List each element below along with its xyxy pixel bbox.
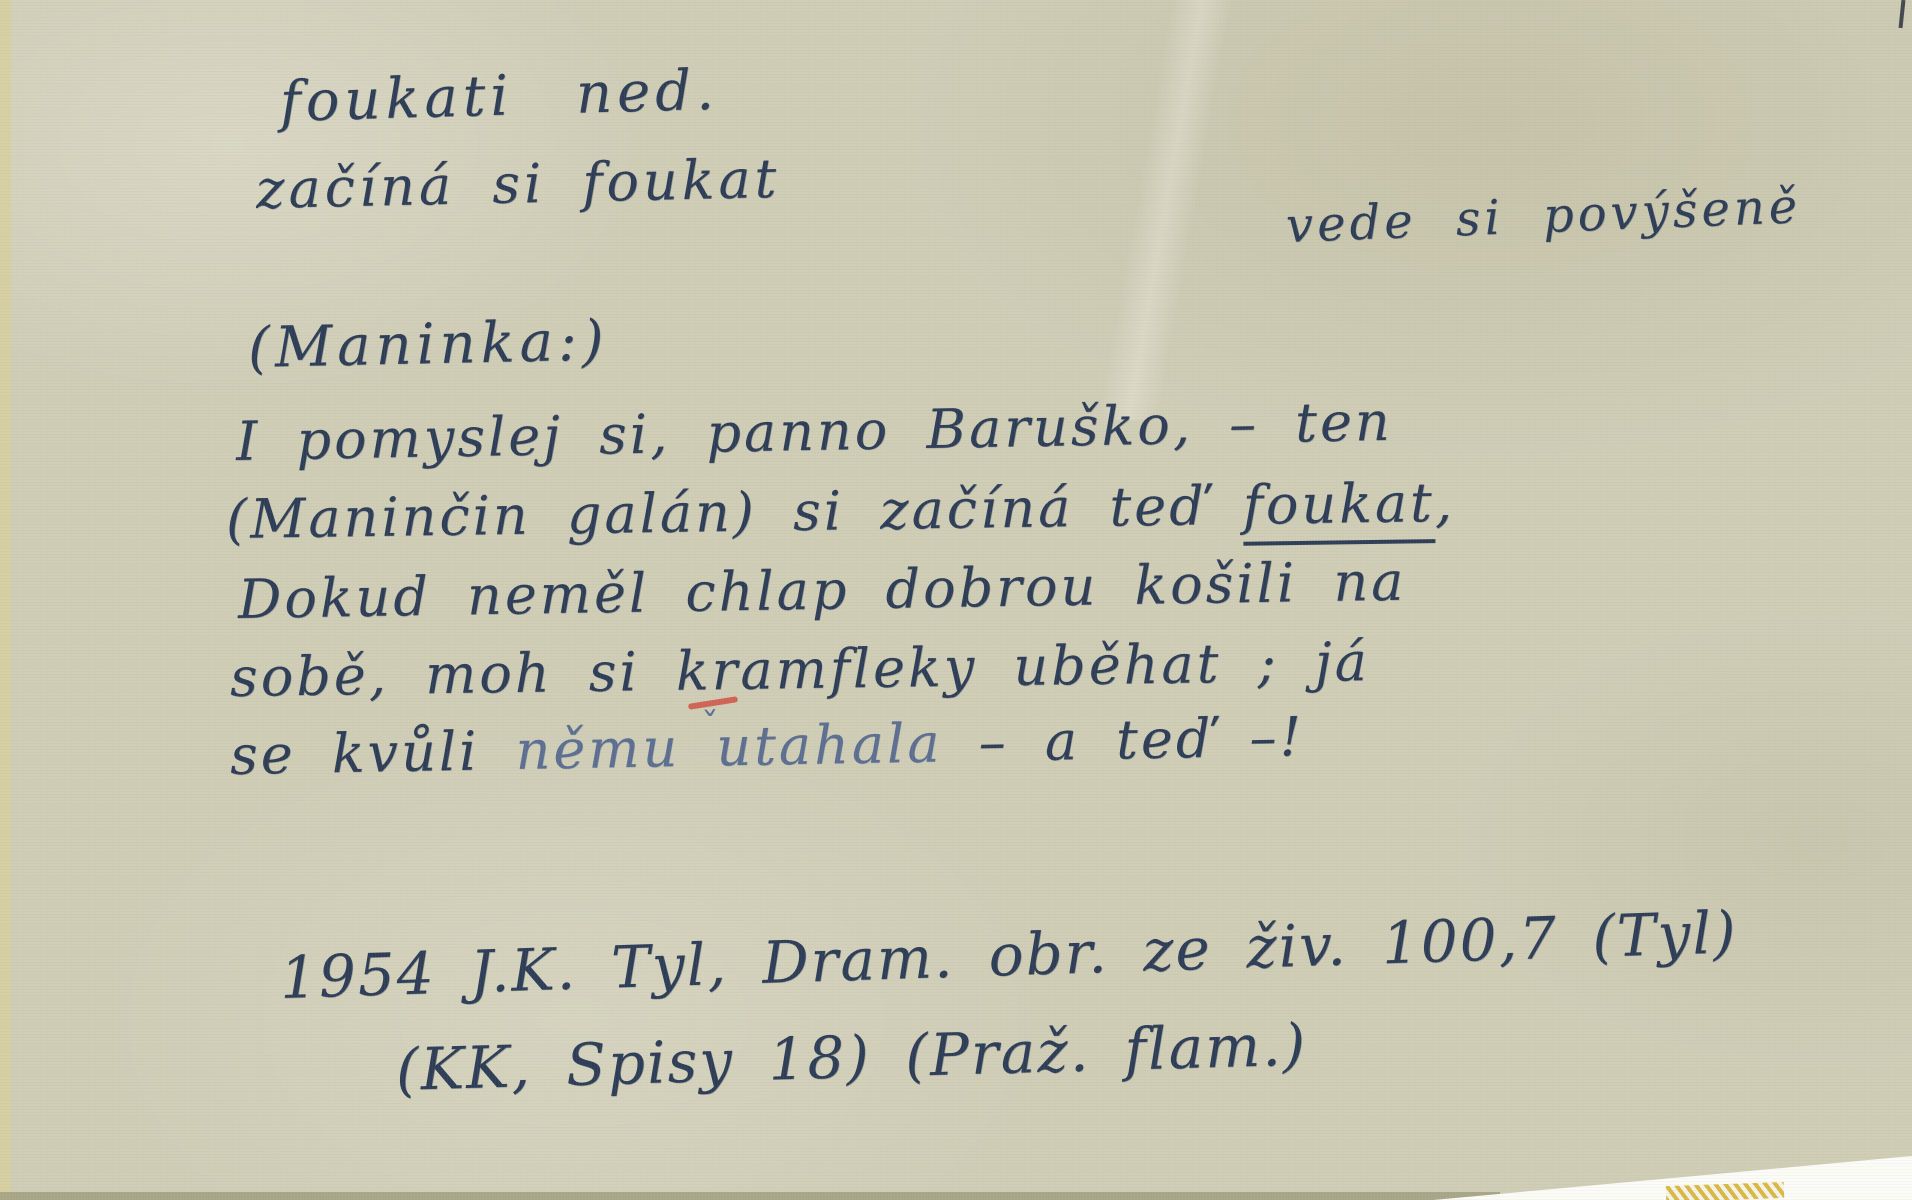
gloss: začíná si foukat bbox=[255, 147, 781, 221]
backing-paper-corner bbox=[1380, 1120, 1912, 1200]
underlined-word: foukat bbox=[1242, 471, 1435, 546]
hatched-strip bbox=[1666, 1182, 1784, 1200]
archive-card: foukati ned. začíná si foukat vede si po… bbox=[0, 0, 1912, 1200]
quote-line-5: se kvůli němu utahala – a teď –! bbox=[229, 705, 1304, 787]
citation-line-2: (KK, Spisy 18) (Praž. flam.) bbox=[395, 1011, 1308, 1104]
quote-line-4: sobě, moh si kramfleky uběhat ; já bbox=[230, 630, 1371, 709]
caron-correction-mark: ˇ bbox=[701, 705, 722, 747]
quote-line-5-faint: němu utahala bbox=[515, 712, 943, 782]
quote-line-3: Dokud neměl chlap dobrou košili na bbox=[238, 550, 1407, 631]
headword: foukati ned. bbox=[279, 58, 720, 135]
quote-line-1: I pomyslej si, panno Baruško, – ten bbox=[235, 390, 1393, 473]
usage-note: vede si povýšeně bbox=[1285, 178, 1802, 254]
quote-line-5-post: – a teď –! bbox=[942, 705, 1305, 774]
quote-line-2-post: , bbox=[1434, 471, 1455, 534]
quote-line-5-pre: se kvůli bbox=[229, 719, 516, 787]
citation-line-1: 1954 J.K. Tyl, Dram. obr. ze živ. 100,7 … bbox=[279, 898, 1739, 1012]
speaker-label: (Maninka:) bbox=[247, 308, 609, 381]
corner-mark bbox=[1899, 0, 1906, 28]
quote-line-2-pre: (Maninčin galán) si začíná teď bbox=[226, 474, 1244, 551]
scan-edge-left bbox=[0, 0, 11, 1200]
paper-crease bbox=[1050, 0, 1280, 420]
scan-edge-bottom bbox=[0, 1192, 1500, 1200]
quote-line-2: (Maninčin galán) si začíná teď foukat, bbox=[226, 471, 1456, 551]
